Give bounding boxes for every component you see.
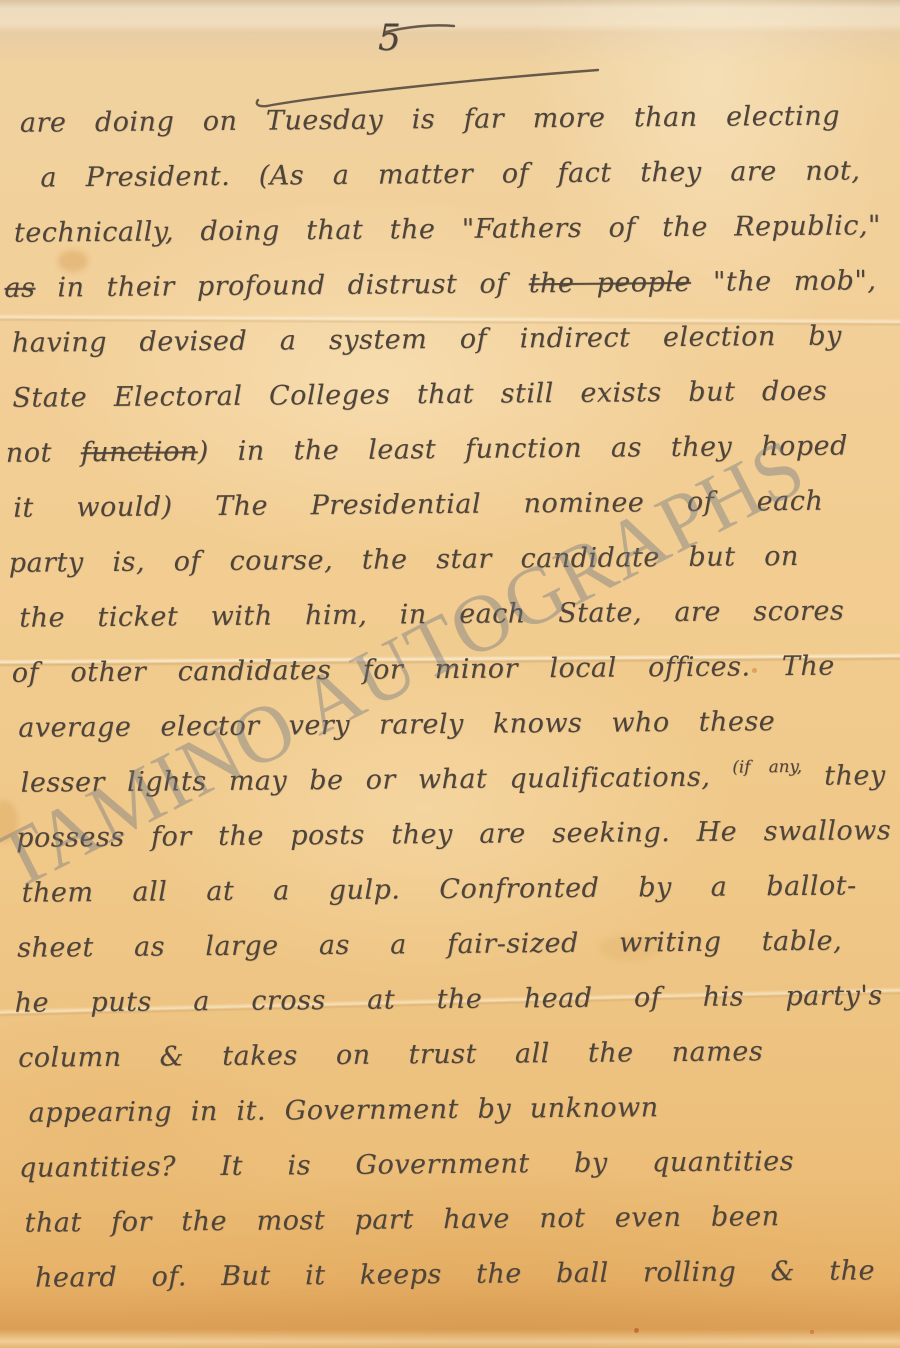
- handwritten-text: having devised a system of indirect elec…: [12, 321, 842, 359]
- handwritten-text: quantities? It is Government by quantiti…: [19, 1146, 794, 1184]
- struck-out-text: the people: [529, 267, 691, 299]
- handwritten-text: State Electoral Colleges that still exis…: [12, 376, 827, 414]
- handwritten-text: heard of. But it keeps the ball rolling …: [35, 1255, 875, 1293]
- struck-out-text: as: [4, 273, 35, 304]
- handwritten-text: column & takes on trust all the names: [18, 1036, 763, 1074]
- manuscript-line: party is, of course, the star candidate …: [0, 528, 899, 591]
- handwritten-text: appearing in it. Government by unknown: [28, 1092, 658, 1128]
- manuscript-line: having devised a system of indirect elec…: [0, 308, 897, 371]
- handwritten-text: not: [6, 437, 81, 469]
- manuscript-line: them all at a gulp. Confronted by a ball…: [1, 858, 900, 921]
- manuscript-line: column & takes on trust all the names: [3, 1023, 900, 1086]
- manuscript-line: quantities? It is Government by quantiti…: [4, 1133, 900, 1196]
- handwritten-text: "the mob",: [691, 265, 877, 298]
- struck-out-text: function: [81, 436, 198, 468]
- manuscript-line: a President. (As a matter of fact they a…: [0, 143, 896, 206]
- handwritten-text: in their profound distrust of: [35, 268, 529, 303]
- handwritten-text: he puts a cross at the head of his party…: [15, 980, 883, 1019]
- handwritten-text: sheet as large as a fair-sized writing t…: [17, 926, 842, 964]
- foxing-speck: [634, 1328, 639, 1333]
- manuscript-line: as in their profound distrust of the peo…: [0, 253, 897, 316]
- handwritten-text: them all at a gulp. Confronted by a ball…: [22, 870, 857, 908]
- handwritten-text: that for the most part have not even bee…: [24, 1201, 779, 1239]
- manuscript-lines: are doing on Tuesday is far more than el…: [0, 88, 900, 1306]
- manuscript-line: are doing on Tuesday is far more than el…: [0, 88, 895, 151]
- inserted-text: (if any,: [732, 756, 802, 777]
- handwritten-text: technically, doing that the "Fathers of …: [14, 210, 881, 249]
- manuscript-line: State Electoral Colleges that still exis…: [0, 363, 898, 426]
- handwritten-text: they: [802, 760, 886, 792]
- manuscript-line: that for the most part have not even bee…: [4, 1188, 900, 1251]
- manuscript-line: sheet as large as a fair-sized writing t…: [2, 913, 900, 976]
- manuscript-scan: { "document": { "page_number": "5", "wat…: [0, 0, 900, 1348]
- manuscript-line: he puts a cross at the head of his party…: [2, 968, 900, 1031]
- foxing-speck: [810, 1330, 814, 1334]
- handwritten-text: are doing on Tuesday is far more than el…: [20, 101, 840, 139]
- handwritten-text: a President. (As a matter of fact they a…: [40, 155, 860, 193]
- manuscript-line: appearing in it. Government by unknown: [3, 1078, 900, 1141]
- manuscript-line: technically, doing that the "Fathers of …: [0, 198, 896, 261]
- manuscript-line: heard of. But it keeps the ball rolling …: [5, 1243, 900, 1306]
